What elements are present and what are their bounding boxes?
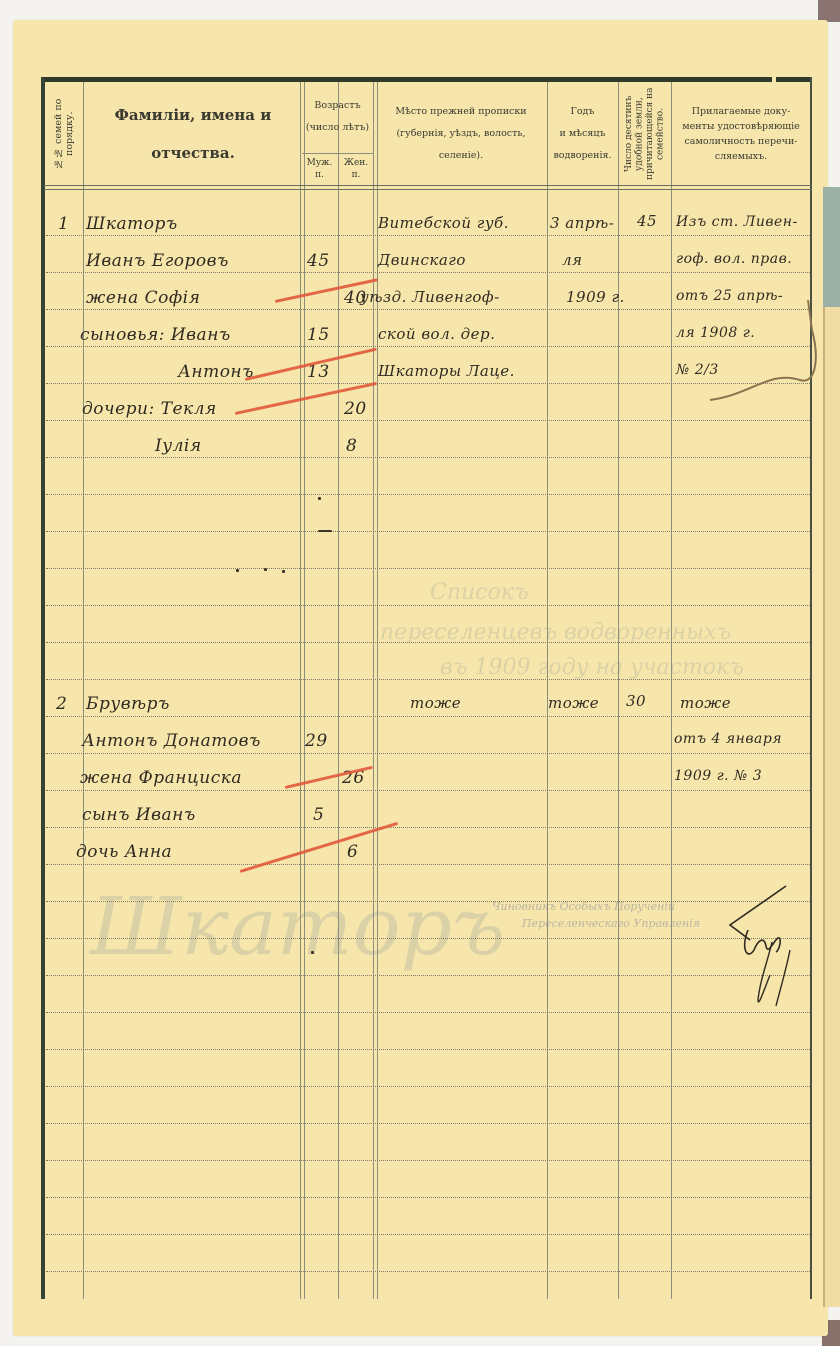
row-rule <box>46 235 810 236</box>
settlement-date-line: тоже <box>548 694 599 712</box>
thread-mark <box>700 300 830 410</box>
row-rule <box>46 272 810 273</box>
ink-speck <box>318 530 332 532</box>
official-stamp: Чиновникъ Особыхъ Порученій Переселенчес… <box>492 898 700 932</box>
ink-speck <box>311 951 314 954</box>
land-allotment: 30 <box>626 692 646 710</box>
member-age-female: 8 <box>346 436 357 456</box>
document-line: отъ 4 января <box>674 731 782 747</box>
row-rule <box>46 753 810 754</box>
table-left-border <box>41 77 45 1299</box>
member-name: сыновья: Иванъ <box>80 325 231 345</box>
table-right-border <box>810 77 812 1299</box>
header-age: Возрастъ (число лѣтъ) <box>302 82 373 152</box>
row-rule <box>46 716 810 717</box>
member-age-male: 29 <box>305 731 328 751</box>
family-surname: Шкаторъ <box>86 214 178 234</box>
column-divider <box>671 82 672 1299</box>
row-rule <box>46 679 810 680</box>
ink-speck <box>236 569 239 572</box>
member-age-male: 45 <box>307 251 330 271</box>
bleed-through-text: въ 1909 году на участокъ <box>440 655 744 680</box>
previous-residence-line: Шкаторы Лаце. <box>378 362 515 380</box>
row-rule <box>46 975 810 976</box>
signature <box>720 880 810 1010</box>
adjacent-page-edge <box>823 307 840 1307</box>
family-number: 2 <box>56 694 67 714</box>
row-rule <box>46 827 810 828</box>
row-rule <box>46 420 810 421</box>
member-name: Іулія <box>155 436 202 456</box>
row-rule <box>46 1049 810 1050</box>
family-surname: Брувѣръ <box>86 694 170 714</box>
member-age-male: 15 <box>307 325 330 345</box>
row-rule <box>46 605 810 606</box>
column-divider <box>547 82 548 1299</box>
member-name: Антонъ Донатовъ <box>82 731 261 751</box>
row-rule <box>46 383 810 384</box>
header-settlement-date: Годъ и мѣсяцъ водворенія. <box>547 82 618 185</box>
header-bottom-border <box>44 185 812 190</box>
previous-residence-line: тоже <box>410 694 461 712</box>
bleed-through-text: Шкаторъ <box>90 880 505 973</box>
member-name: сынъ Иванъ <box>82 805 196 825</box>
row-rule <box>46 642 810 643</box>
settlement-date-line: ля <box>562 251 582 269</box>
row-rule <box>46 457 810 458</box>
header-land-allotment: Число десятинъ удобной земли, причитающе… <box>618 82 672 185</box>
header-age-female: Жен. п. <box>339 154 373 184</box>
row-rule <box>46 1086 810 1087</box>
document-line: Изъ ст. Ливен- <box>676 214 798 230</box>
binder-tab-top <box>818 0 840 22</box>
row-rule <box>46 790 810 791</box>
document-line: 1909 г. № 3 <box>674 768 762 784</box>
document-line: тоже <box>680 694 731 712</box>
settlement-date-line: 3 апрѣ- <box>550 214 614 232</box>
header-previous-residence: Мѣсто прежней прописки (губернія, уѣздъ,… <box>375 82 547 185</box>
member-name: жена Франциска <box>80 768 242 788</box>
member-name: жена Софія <box>86 288 200 308</box>
settlement-date-line: 1909 г. <box>566 288 625 306</box>
row-rule <box>46 494 810 495</box>
row-rule <box>46 1160 810 1161</box>
row-rule <box>46 938 810 939</box>
column-divider <box>618 82 619 1299</box>
header-family-number: №№ семей по порядку. <box>44 82 84 185</box>
row-rule <box>46 1012 810 1013</box>
adjacent-page-edge-blue <box>823 187 840 307</box>
header-age-male: Муж. п. <box>302 154 337 184</box>
member-name: дочери: Текля <box>82 399 217 419</box>
previous-residence-line: ской вол. дер. <box>378 325 495 343</box>
row-rule <box>46 568 810 569</box>
header-names: Фамиліи, имена и отчества. <box>84 82 302 185</box>
document-line: гоф. вол. прав. <box>676 251 792 267</box>
column-divider <box>83 82 84 1299</box>
row-rule <box>46 346 810 347</box>
previous-residence-line: Витебской губ. <box>378 214 509 232</box>
column-divider <box>300 82 305 1299</box>
row-rule <box>46 864 810 865</box>
member-name: дочь Анна <box>76 842 172 862</box>
row-rule <box>46 531 810 532</box>
member-age-female: 6 <box>347 842 358 862</box>
bleed-through-text: Списокъ <box>430 580 529 605</box>
previous-residence-line: Двинскаго <box>378 251 466 269</box>
row-rule <box>46 1123 810 1124</box>
member-name: Иванъ Егоровъ <box>86 251 229 271</box>
previous-residence-line: уѣзд. Ливенгоф- <box>360 288 500 306</box>
ink-speck <box>264 568 267 571</box>
ink-speck <box>318 497 321 500</box>
column-divider <box>338 82 339 1299</box>
member-age-male: 5 <box>313 805 324 825</box>
header-documents: Прилагаемые доку- менты удостовѣряющіе с… <box>672 82 810 185</box>
member-age-female: 20 <box>344 399 367 419</box>
row-rule <box>46 1234 810 1235</box>
row-rule <box>46 309 810 310</box>
land-allotment: 45 <box>637 212 657 230</box>
row-rule <box>46 1271 810 1272</box>
ink-speck <box>282 570 285 573</box>
member-name: Антонъ <box>178 362 254 382</box>
row-rule <box>46 1197 810 1198</box>
family-number: 1 <box>58 214 69 234</box>
